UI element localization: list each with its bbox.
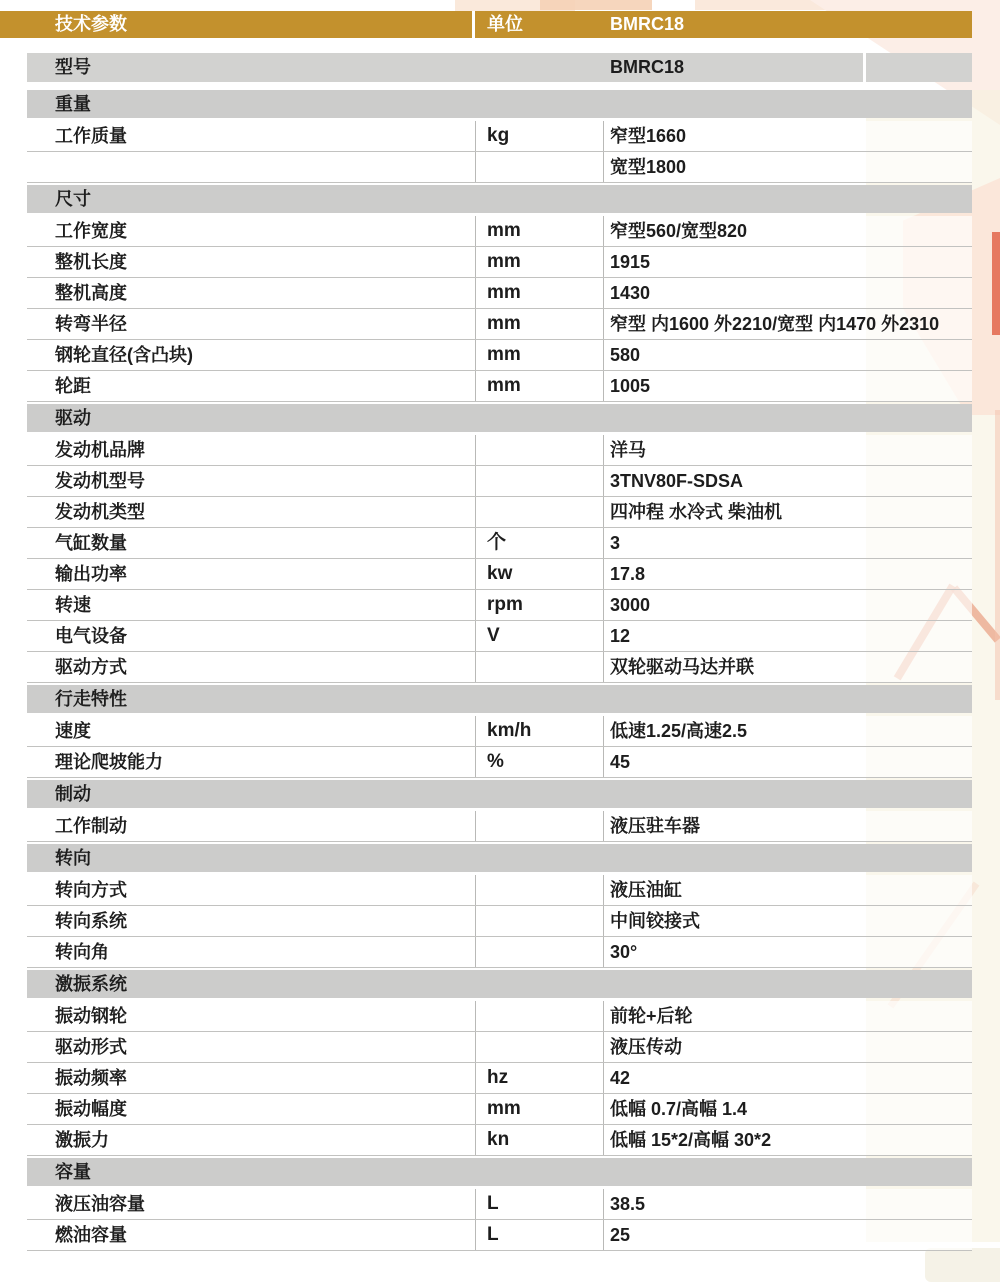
row-value: 双轮驱动马达并联 — [603, 652, 972, 682]
model-row-right — [866, 53, 972, 82]
row-value: 窄型1660 — [603, 121, 972, 151]
section-header: 容量 — [27, 1158, 972, 1186]
row-param-name: 激振力 — [27, 1125, 475, 1155]
table-row: 振动频率 hz 42 — [27, 1063, 972, 1094]
header-param-label: 技术参数 — [55, 11, 127, 38]
table-row: 发动机型号 3TNV80F-SDSA — [27, 466, 972, 497]
row-param-name: 驱动方式 — [27, 652, 475, 682]
row-value: 窄型560/宽型820 — [603, 216, 972, 246]
section-title: 驱动 — [55, 408, 91, 428]
row-param-name: 转速 — [27, 590, 475, 620]
row-unit: kg — [475, 121, 603, 151]
row-unit: mm — [475, 278, 603, 308]
row-param-name: 振动频率 — [27, 1063, 475, 1093]
table-body: 重量 工作质量 kg 窄型1660 宽型1800 尺寸 工作宽度 mm 窄型56… — [0, 90, 1000, 1251]
row-unit: % — [475, 747, 603, 777]
section-title: 容量 — [55, 1162, 91, 1182]
table-row: 输出功率 kw 17.8 — [27, 559, 972, 590]
row-param-name: 转向角 — [27, 937, 475, 967]
model-label: 型号 — [55, 53, 91, 82]
table-row: 速度 km/h 低速1.25/高速2.5 — [27, 716, 972, 747]
row-param-name: 气缸数量 — [27, 528, 475, 558]
row-unit: L — [475, 1220, 603, 1250]
row-param-name: 整机长度 — [27, 247, 475, 277]
corner-decor — [925, 1248, 1000, 1282]
row-value: 液压油缸 — [603, 875, 972, 905]
hexagon-decor — [695, 0, 910, 10]
row-value: 液压传动 — [603, 1032, 972, 1062]
row-value: 42 — [603, 1063, 972, 1093]
header-unit-label: 单位 — [487, 11, 523, 38]
table-row: 驱动形式 液压传动 — [27, 1032, 972, 1063]
row-unit: mm — [475, 371, 603, 401]
hexagon-decor — [540, 0, 652, 10]
row-unit: hz — [475, 1063, 603, 1093]
table-row: 激振力 kn 低幅 15*2/高幅 30*2 — [27, 1125, 972, 1156]
row-unit: mm — [475, 340, 603, 370]
table-row: 转向角 30° — [27, 937, 972, 968]
row-param-name: 理论爬坡能力 — [27, 747, 475, 777]
section-header: 尺寸 — [27, 185, 972, 213]
row-unit: V — [475, 621, 603, 651]
row-param-name: 振动幅度 — [27, 1094, 475, 1124]
row-value: 1005 — [603, 371, 972, 401]
row-param-name: 振动钢轮 — [27, 1001, 475, 1031]
row-param-name: 速度 — [27, 716, 475, 746]
row-value: 17.8 — [603, 559, 972, 589]
table-row: 钢轮直径(含凸块) mm 580 — [27, 340, 972, 371]
row-value: 45 — [603, 747, 972, 777]
row-unit — [475, 811, 603, 841]
header-divider — [472, 11, 475, 38]
section-header: 制动 — [27, 780, 972, 808]
row-param-name: 轮距 — [27, 371, 475, 401]
table-row: 宽型1800 — [27, 152, 972, 183]
row-param-name: 燃油容量 — [27, 1220, 475, 1250]
table-row: 燃油容量 L 25 — [27, 1220, 972, 1251]
row-value: 低幅 15*2/高幅 30*2 — [603, 1125, 972, 1155]
row-param-name: 发动机品牌 — [27, 435, 475, 465]
row-value: 30° — [603, 937, 972, 967]
section-header: 转向 — [27, 844, 972, 872]
row-value: 3TNV80F-SDSA — [603, 466, 972, 496]
row-value: 中间铰接式 — [603, 906, 972, 936]
section-title: 转向 — [55, 848, 91, 868]
table-row: 轮距 mm 1005 — [27, 371, 972, 402]
row-unit: 个 — [475, 528, 603, 558]
section-header: 行走特性 — [27, 685, 972, 713]
row-param-name: 电气设备 — [27, 621, 475, 651]
row-param-name: 钢轮直径(含凸块) — [27, 340, 475, 370]
row-param-name: 驱动形式 — [27, 1032, 475, 1062]
table-row: 振动钢轮 前轮+后轮 — [27, 1001, 972, 1032]
row-unit: mm — [475, 216, 603, 246]
row-param-name: 转向方式 — [27, 875, 475, 905]
row-unit — [475, 937, 603, 967]
row-unit — [475, 1001, 603, 1031]
row-param-name: 工作质量 — [27, 121, 475, 151]
table-row: 整机长度 mm 1915 — [27, 247, 972, 278]
row-unit: mm — [475, 309, 603, 339]
row-unit — [475, 906, 603, 936]
row-unit: kw — [475, 559, 603, 589]
row-unit — [475, 152, 603, 182]
table-row: 液压油容量 L 38.5 — [27, 1189, 972, 1220]
row-unit: kn — [475, 1125, 603, 1155]
row-value: 580 — [603, 340, 972, 370]
table-header: 技术参数 单位 BMRC18 — [0, 11, 972, 38]
row-value: 宽型1800 — [603, 152, 972, 182]
row-param-name: 转弯半径 — [27, 309, 475, 339]
row-param-name: 输出功率 — [27, 559, 475, 589]
table-row: 工作质量 kg 窄型1660 — [27, 121, 972, 152]
section-header: 重量 — [27, 90, 972, 118]
section-title: 重量 — [55, 94, 91, 114]
row-unit: km/h — [475, 716, 603, 746]
model-row-left: 型号 BMRC18 — [27, 53, 863, 82]
table-row: 发动机品牌 洋马 — [27, 435, 972, 466]
section-title: 激振系统 — [55, 974, 127, 994]
section-title: 制动 — [55, 784, 91, 804]
table-row: 转弯半径 mm 窄型 内1600 外2210/宽型 内1470 外2310 — [27, 309, 972, 340]
table-row: 工作宽度 mm 窄型560/宽型820 — [27, 216, 972, 247]
table-row: 气缸数量 个 3 — [27, 528, 972, 559]
table-row: 工作制动 液压驻车器 — [27, 811, 972, 842]
row-unit — [475, 466, 603, 496]
row-unit — [475, 652, 603, 682]
header-model-label: BMRC18 — [610, 11, 684, 38]
row-param-name: 转向系统 — [27, 906, 475, 936]
row-value: 四冲程 水冷式 柴油机 — [603, 497, 972, 527]
model-row: 型号 BMRC18 — [27, 53, 972, 82]
row-param-name — [27, 152, 475, 182]
hexagon-decor — [455, 0, 575, 11]
row-value: 3000 — [603, 590, 972, 620]
section-title: 尺寸 — [55, 189, 91, 209]
row-unit: rpm — [475, 590, 603, 620]
row-value: 25 — [603, 1220, 972, 1250]
row-value: 液压驻车器 — [603, 811, 972, 841]
row-value: 12 — [603, 621, 972, 651]
table-row: 转向系统 中间铰接式 — [27, 906, 972, 937]
row-param-name: 发动机类型 — [27, 497, 475, 527]
row-value: 洋马 — [603, 435, 972, 465]
row-unit — [475, 435, 603, 465]
table-row: 驱动方式 双轮驱动马达并联 — [27, 652, 972, 683]
section-header: 激振系统 — [27, 970, 972, 998]
table-row: 转速 rpm 3000 — [27, 590, 972, 621]
table-row: 整机高度 mm 1430 — [27, 278, 972, 309]
row-value: 前轮+后轮 — [603, 1001, 972, 1031]
row-value: 3 — [603, 528, 972, 558]
section-title: 行走特性 — [55, 689, 127, 709]
table-row: 理论爬坡能力 % 45 — [27, 747, 972, 778]
table-row: 电气设备 V 12 — [27, 621, 972, 652]
row-value: 低幅 0.7/高幅 1.4 — [603, 1094, 972, 1124]
spec-sheet: 技术参数 单位 BMRC18 型号 BMRC18 重量 工作质量 kg 窄型16… — [0, 11, 1000, 1251]
row-param-name: 工作制动 — [27, 811, 475, 841]
section-header: 驱动 — [27, 404, 972, 432]
row-param-name: 液压油容量 — [27, 1189, 475, 1219]
row-unit — [475, 497, 603, 527]
table-row: 转向方式 液压油缸 — [27, 875, 972, 906]
row-value: 窄型 内1600 外2210/宽型 内1470 外2310 — [603, 309, 972, 339]
row-unit — [475, 875, 603, 905]
row-unit: L — [475, 1189, 603, 1219]
model-value: BMRC18 — [610, 53, 684, 82]
row-value: 1915 — [603, 247, 972, 277]
row-value: 1430 — [603, 278, 972, 308]
table-row: 振动幅度 mm 低幅 0.7/高幅 1.4 — [27, 1094, 972, 1125]
row-param-name: 整机高度 — [27, 278, 475, 308]
row-param-name: 发动机型号 — [27, 466, 475, 496]
row-param-name: 工作宽度 — [27, 216, 475, 246]
row-unit: mm — [475, 247, 603, 277]
table-row: 发动机类型 四冲程 水冷式 柴油机 — [27, 497, 972, 528]
row-unit — [475, 1032, 603, 1062]
row-value: 低速1.25/高速2.5 — [603, 716, 972, 746]
row-value: 38.5 — [603, 1189, 972, 1219]
row-unit: mm — [475, 1094, 603, 1124]
